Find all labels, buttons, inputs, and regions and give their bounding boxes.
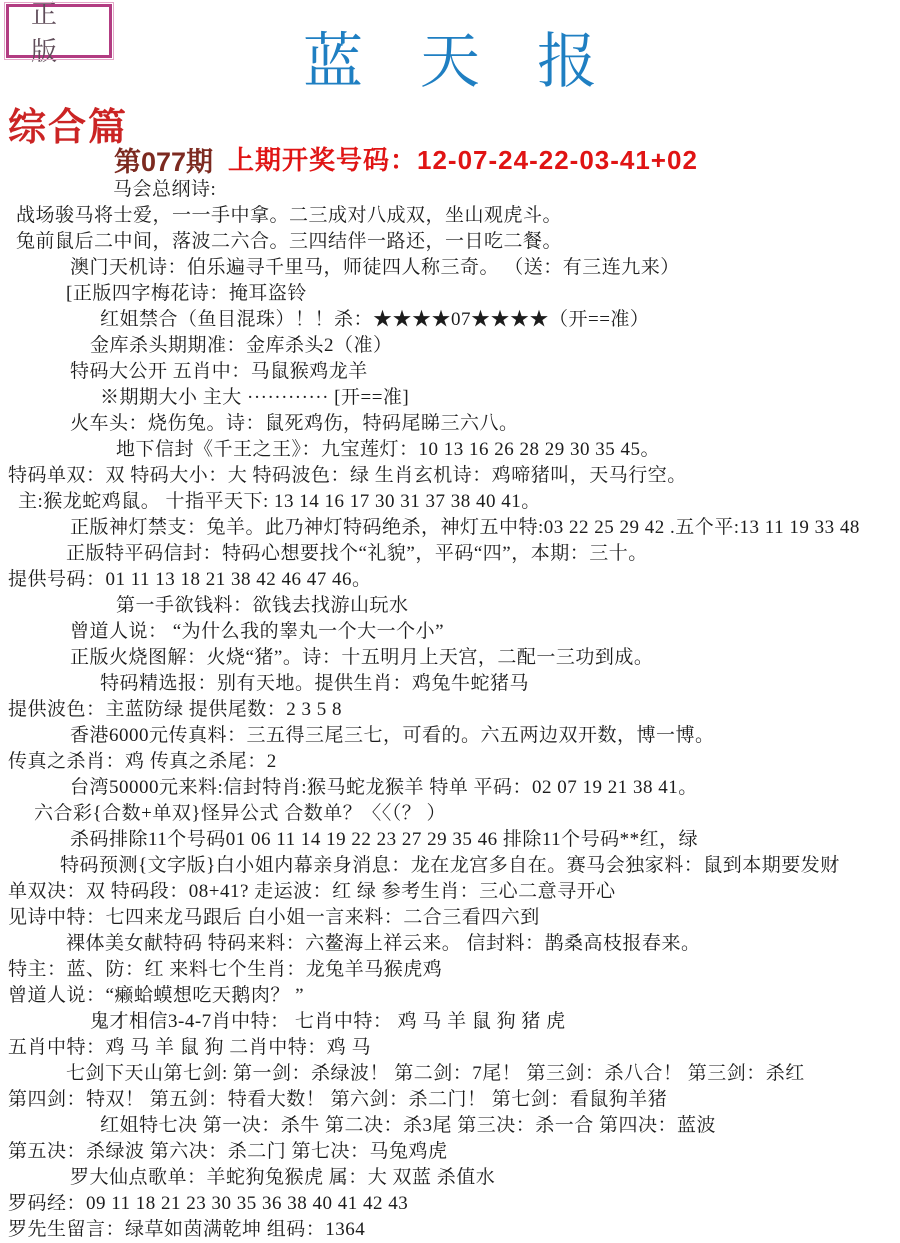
body-line: 第四剑：特双！ 第五剑：特看大数！ 第六剑：杀二门！ 第七剑：看鼠狗羊猪: [8, 1087, 896, 1113]
body-line: 金库杀头期期准：金库杀头2（准）: [8, 333, 896, 359]
body-line: 正版神灯禁支：兔羊。此乃神灯特码绝杀，神灯五中特:03 22 25 29 42 …: [8, 515, 896, 541]
body-line: 见诗中特：七四来龙马跟后 白小姐一言来料：二合三看四六到: [8, 905, 896, 931]
body-line: 兔前鼠后二中间，落波二六合。三四结伴一路还，一日吃二餐。: [8, 229, 896, 255]
body-line: 澳门天机诗：伯乐遍寻千里马，师徒四人称三奇。 （送：有三连九来）: [8, 255, 896, 281]
body-text-block: 马会总纲诗:战场骏马将士爱，一一手中拿。二三成对八成双，坐山观虎斗。兔前鼠后二中…: [8, 177, 896, 1243]
body-line: 单双决：双 特码段：08+41? 走运波：红 绿 参考生肖：三心二意寻开心: [8, 879, 896, 905]
body-line: 曾道人说： “为什么我的睾丸一个大一个小”: [8, 619, 896, 645]
body-line: 红姐特七决 第一决：杀牛 第二决：杀3尾 第三决：杀一合 第四决：蓝波: [8, 1113, 896, 1139]
body-line: 火车头：烧伤兔。诗：鼠死鸡伤，特码尾睇三六八。: [8, 411, 896, 437]
page-title: 蓝天报: [0, 14, 900, 100]
body-line: 台湾50000元来料:信封特肖:猴马蛇龙猴羊 特单 平码：02 07 19 21…: [8, 775, 896, 801]
body-line: 六合彩{合数+单双}怪异公式 合数单？〈〈（？ ）: [8, 801, 896, 827]
last-draw-numbers: 上期开奖号码：12-07-24-22-03-41+02: [228, 140, 698, 177]
body-line: 提供波色：主蓝防绿 提供尾数：2 3 5 8: [8, 697, 896, 723]
body-line: 主:猴龙蛇鸡鼠。 十指平天下: 13 14 16 17 30 31 37 38 …: [8, 489, 896, 515]
body-line: 特码大公开 五肖中：马鼠猴鸡龙羊: [8, 359, 896, 385]
body-line: 五肖中特：鸡 马 羊 鼠 狗 二肖中特：鸡 马: [8, 1035, 896, 1061]
body-line: 战场骏马将士爱，一一手中拿。二三成对八成双，坐山观虎斗。: [8, 203, 896, 229]
body-line: ※期期大小 主大 ············ [开==准]: [8, 385, 896, 411]
body-line: [正版四字梅花诗：掩耳盗铃: [8, 281, 896, 307]
body-line: 特主：蓝、防：红 来料七个生肖：龙兔羊马猴虎鸡: [8, 957, 896, 983]
body-line: 罗大仙点歌单：羊蛇狗兔猴虎 属：大 双蓝 杀值水: [8, 1165, 896, 1191]
body-line: 七剑下天山第七剑: 第一剑：杀绿波！ 第二剑：7尾！ 第三剑：杀八合！ 第三剑：…: [8, 1061, 896, 1087]
body-line: 第一手欲钱料：欲钱去找游山玩水: [8, 593, 896, 619]
body-line: 特码精选报：别有天地。提供生肖：鸡兔牛蛇猪马: [8, 671, 896, 697]
body-line: 香港6000元传真料：三五得三尾三七，可看的。六五两边双开数，博一博。: [8, 723, 896, 749]
body-line: 裸体美女献特码 特码来料：六鳌海上祥云来。 信封料：鹊桑高枝报春来。: [8, 931, 896, 957]
body-line: 曾道人说：“癞蛤蟆想吃天鹅肉？ ”: [8, 983, 896, 1009]
body-line: 杀码排除11个号码01 06 11 14 19 22 23 27 29 35 4…: [8, 827, 896, 853]
body-line: 马会总纲诗:: [8, 177, 896, 203]
body-line: 特码单双：双 特码大小：大 特码波色：绿 生肖玄机诗：鸡啼猪叫，天马行空。: [8, 463, 896, 489]
newspaper-page: 正版 蓝天报 综合篇 第077期 上期开奖号码：12-07-24-22-03-4…: [0, 0, 900, 1243]
body-line: 红姐禁合（鱼目混珠）！！杀：★★★★07★★★★（开==准）: [8, 307, 896, 333]
body-line: 罗先生留言：绿草如茵满乾坤 组码：1364: [8, 1217, 896, 1243]
body-line: 第五决：杀绿波 第六决：杀二门 第七决：马兔鸡虎: [8, 1139, 896, 1165]
body-line: 提供号码：01 11 13 18 21 38 42 46 47 46。: [8, 567, 896, 593]
body-line: 鬼才相信3-4-7肖中特： 七肖中特： 鸡 马 羊 鼠 狗 猪 虎: [8, 1009, 896, 1035]
section-title: 综合篇: [8, 96, 128, 151]
body-line: 正版特平码信封：特码心想要找个“礼貌”，平码“四”，本期：三十。: [8, 541, 896, 567]
issue-number: 第077期: [114, 140, 213, 179]
body-line: 特码预测{文字版}白小姐内幕亲身消息：龙在龙宫多自在。赛马会独家料：鼠到本期要发…: [8, 853, 896, 879]
body-line: 传真之杀肖：鸡 传真之杀尾：2: [8, 749, 896, 775]
body-line: 地下信封《千王之王》：九宝莲灯：10 13 16 26 28 29 30 35 …: [8, 437, 896, 463]
body-line: 正版火烧图解：火烧“猪”。诗：十五明月上天宫，二配一三功到成。: [8, 645, 896, 671]
body-line: 罗码经：09 11 18 21 23 30 35 36 38 40 41 42 …: [8, 1191, 896, 1217]
